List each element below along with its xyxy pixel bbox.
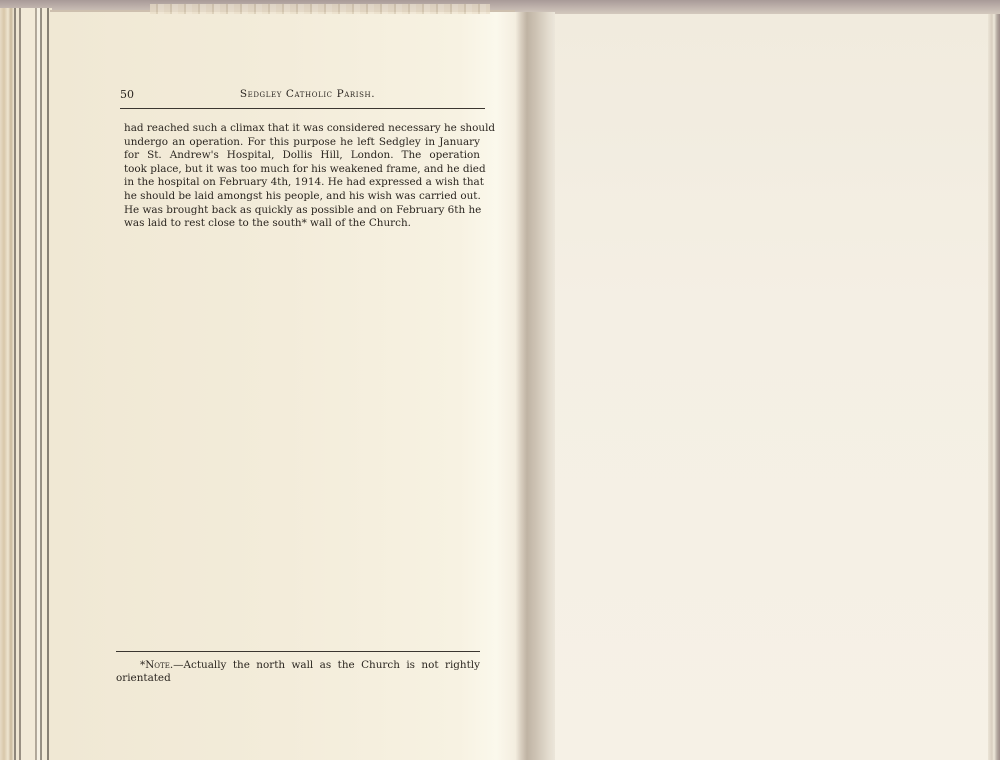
footnote-line-2: orientated	[116, 672, 480, 685]
running-head: 50 Sedgley Catholic Parish.	[120, 86, 485, 109]
page-edges-left	[0, 8, 52, 760]
text-line: took place, but it was too much for his …	[124, 163, 480, 177]
text-line: was laid to rest close to the south* wal…	[124, 217, 480, 231]
book-gutter	[515, 12, 555, 760]
text-line: he should be laid amongst his people, an…	[124, 190, 480, 204]
footnote-label: Note.	[145, 659, 173, 671]
deckle-edge-top	[150, 4, 490, 14]
body-paragraph: had reached such a climax that it was co…	[124, 122, 480, 231]
page-edges-right	[988, 14, 1000, 760]
running-title: Sedgley Catholic Parish.	[120, 88, 485, 100]
book-spread: 50 Sedgley Catholic Parish. had reached …	[0, 0, 1000, 760]
text-line: had reached such a climax that it was co…	[124, 122, 480, 136]
footnote-line-1: *Note.—Actually the north wall as the Ch…	[116, 659, 480, 672]
footnote: *Note.—Actually the north wall as the Ch…	[116, 659, 480, 685]
footnote-rule	[116, 651, 480, 652]
text-line: undergo an operation. For this purpose h…	[124, 136, 480, 150]
footnote-text: —Actually the north wall as the Church i…	[173, 659, 480, 671]
text-line: in the hospital on February 4th, 1914. H…	[124, 176, 480, 190]
text-line: for St. Andrew's Hospital, Dollis Hill, …	[124, 149, 480, 163]
text-line: He was brought back as quickly as possib…	[124, 204, 480, 218]
right-page-blank	[555, 14, 988, 760]
